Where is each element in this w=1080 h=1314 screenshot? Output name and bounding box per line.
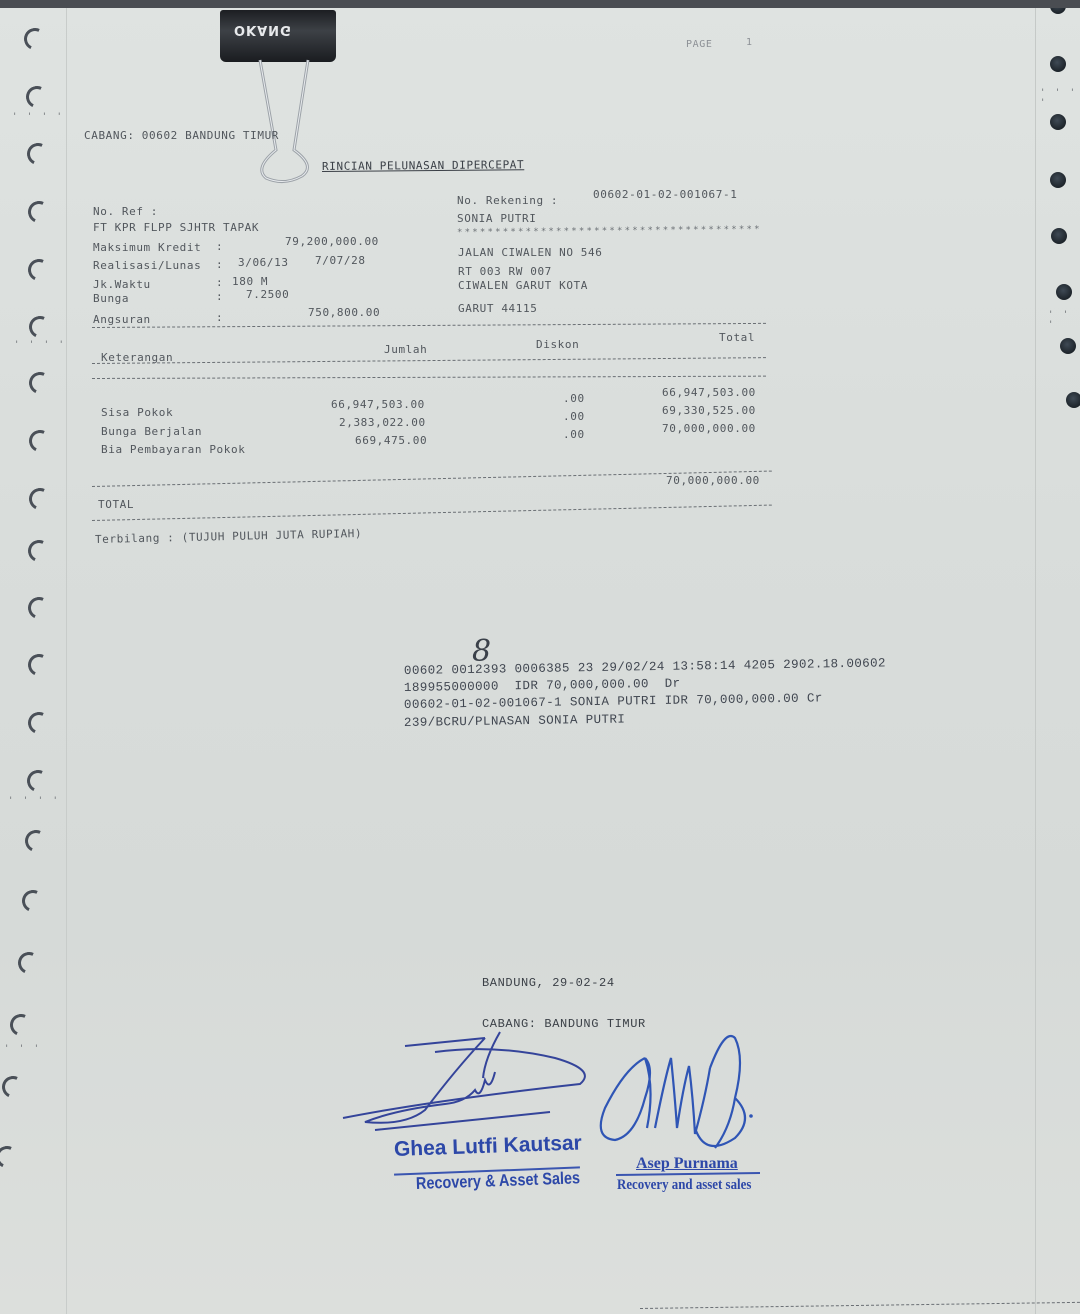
perforation-marks: ' ' ' ' — [12, 112, 64, 122]
feed-hole-icon — [15, 949, 43, 977]
realisation-date: 3/06/13 — [238, 256, 289, 269]
feed-hole-icon — [1056, 284, 1072, 300]
row-discount: .00 — [563, 428, 585, 441]
perforation-marks: ' ' ' — [1048, 310, 1080, 330]
interest-label: Bunga — [93, 292, 129, 305]
document-title: RINCIAN PELUNASAN DIPERCEPAT — [322, 158, 524, 173]
feed-hole-icon — [22, 827, 50, 855]
account-holder-name: SONIA PUTRI — [457, 212, 536, 225]
signature-1-icon — [335, 1030, 605, 1140]
binder-clip-wire-icon — [250, 58, 320, 188]
signature-2-icon — [585, 1018, 765, 1168]
field-separator: : — [216, 290, 223, 303]
divider — [92, 323, 766, 328]
place-date: BANDUNG, 29-02-24 — [482, 976, 615, 990]
account-number-label: No. Rekening : — [457, 194, 558, 207]
row-total: 70,000,000.00 — [662, 422, 756, 435]
divider — [92, 376, 766, 379]
left-perforation-strip: ' ' ' ' ' ' ' ' ' ' ' ' ' ' ' — [0, 0, 67, 1314]
address-line-2: RT 003 RW 007 — [458, 265, 552, 278]
signatory-1-title: Recovery & Asset Sales — [416, 1168, 581, 1194]
page-number: 1 — [746, 37, 753, 48]
feed-hole-icon — [24, 767, 52, 795]
binder-clip: OKANG — [220, 10, 336, 62]
validation-line-3: 00602-01-02-001067-1 SONIA PUTRI IDR 70,… — [404, 691, 823, 712]
clip-brand: OKANG — [234, 22, 292, 37]
masked-field: **************************************** — [457, 225, 762, 238]
feed-hole-icon — [1050, 0, 1066, 14]
grand-total-label: TOTAL — [98, 498, 134, 511]
field-separator: : — [216, 311, 223, 324]
interest-value: 7.2500 — [246, 288, 289, 301]
row-discount: .00 — [563, 410, 585, 423]
term-value: 180 M — [232, 275, 268, 288]
field-separator: : — [216, 276, 223, 289]
feed-hole-icon — [1060, 338, 1076, 354]
perforation-marks: ' ' ' ' — [14, 340, 66, 350]
signatory-1-name: Ghea Lutfi Kautsar — [394, 1131, 583, 1162]
divider — [92, 357, 766, 364]
feed-hole-icon — [26, 369, 54, 397]
feed-hole-icon — [19, 887, 47, 915]
col-header-total: Total — [719, 331, 755, 344]
feed-hole-icon — [7, 1011, 35, 1039]
perforation-marks: ' ' ' — [4, 1044, 41, 1054]
address-line-3: CIWALEN GARUT KOTA — [458, 279, 588, 292]
row-amount: 66,947,503.00 — [331, 398, 425, 411]
divider — [92, 505, 772, 521]
max-credit-label: Maksimum Kredit — [93, 241, 201, 254]
grand-total-value: 70,000,000.00 — [666, 474, 760, 487]
row-amount: 2,383,022.00 — [339, 416, 426, 429]
installment-value: 750,800.00 — [308, 306, 380, 319]
feed-hole-icon — [25, 594, 53, 622]
feed-hole-icon — [23, 83, 51, 111]
perforation-marks: ' ' ' ' — [1040, 88, 1080, 108]
amount-in-words: Terbilang : (TUJUH PULUH JUTA RUPIAH) — [95, 527, 362, 546]
feed-hole-icon — [1050, 56, 1066, 72]
signatory-2-name: Asep Purnama — [636, 1155, 738, 1173]
row-amount: 669,475.00 — [355, 434, 427, 447]
tear-line — [640, 1302, 1080, 1309]
row-total: 66,947,503.00 — [662, 386, 756, 399]
row-description: Sisa Pokok — [101, 406, 173, 419]
row-description: Bia Pembayaran Pokok — [101, 443, 245, 456]
row-total: 69,330,525.00 — [662, 404, 756, 417]
printed-document-sheet: ' ' ' ' ' ' ' ' ' ' ' ' ' ' ' ' ' ' ' ' … — [0, 0, 1080, 1314]
feed-hole-icon — [26, 485, 54, 513]
right-perforation-strip: ' ' ' ' ' ' ' — [1035, 0, 1080, 1314]
feed-hole-icon — [1050, 172, 1066, 188]
feed-hole-icon — [25, 537, 53, 565]
validation-line-2: 189955000000 IDR 70,000,000.00 Dr — [404, 677, 681, 695]
feed-hole-icon — [25, 256, 53, 284]
feed-hole-icon — [25, 198, 53, 226]
max-credit-value: 79,200,000.00 — [285, 235, 379, 248]
field-separator: : — [216, 240, 223, 253]
realisation-label: Realisasi/Lunas — [93, 259, 201, 272]
col-header-amount: Jumlah — [384, 343, 427, 356]
term-label: Jk.Waktu — [93, 278, 151, 291]
field-separator: : — [216, 258, 223, 271]
payoff-date: 7/07/28 — [315, 254, 366, 267]
account-number: 00602-01-02-001067-1 — [593, 188, 737, 201]
feed-hole-icon — [1050, 114, 1066, 130]
feed-hole-icon — [21, 25, 49, 53]
feed-hole-icon — [26, 427, 54, 455]
loan-product: FT KPR FLPP SJHTR TAPAK — [93, 221, 259, 234]
feed-hole-icon — [1051, 228, 1067, 244]
feed-hole-icon — [26, 313, 54, 341]
feed-hole-icon — [24, 140, 52, 168]
col-header-discount: Diskon — [536, 338, 579, 351]
branch-header: CABANG: 00602 BANDUNG TIMUR — [84, 129, 279, 142]
no-ref-label: No. Ref : — [93, 205, 158, 218]
perforation-marks: ' ' ' ' — [8, 796, 60, 806]
row-description: Bunga Berjalan — [101, 425, 202, 438]
feed-hole-icon — [25, 651, 53, 679]
address-line-4: GARUT 44115 — [458, 302, 537, 315]
page-label: PAGE — [686, 39, 712, 50]
feed-hole-icon — [1066, 392, 1080, 408]
feed-hole-icon — [25, 709, 53, 737]
feed-hole-icon — [0, 1143, 21, 1171]
row-discount: .00 — [563, 392, 585, 405]
address-line-1: JALAN CIWALEN NO 546 — [458, 246, 602, 259]
installment-label: Angsuran — [93, 313, 151, 326]
validation-line-4: 239/BCRU/PLNASAN SONIA PUTRI — [404, 713, 625, 730]
feed-hole-icon — [0, 1073, 27, 1101]
signatory-2-title: Recovery and asset sales — [617, 1177, 751, 1194]
